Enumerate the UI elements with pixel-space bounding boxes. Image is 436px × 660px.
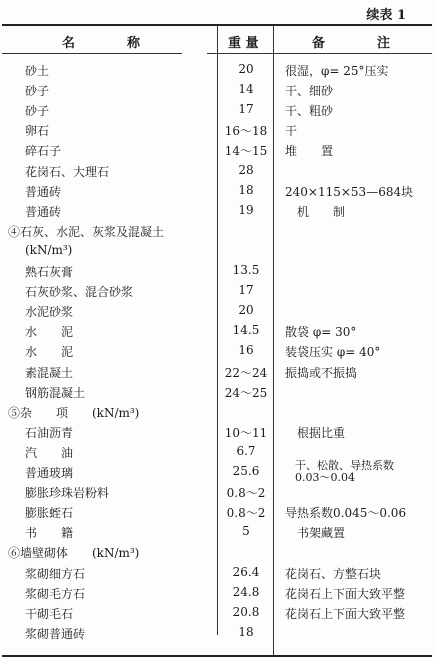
header-name: 名 称: [62, 32, 140, 51]
table-row: 水泥砂浆20: [0, 303, 436, 322]
table-row: 普通砖19 机 制: [0, 203, 436, 222]
row-weight: 22～24: [218, 364, 274, 381]
row-note: 堆 置: [285, 142, 333, 159]
row-name: 石灰砂浆、混合砂浆: [25, 283, 133, 300]
row-note: 装袋压实 φ= 40°: [285, 343, 380, 360]
row-weight: 24～25: [218, 384, 274, 401]
row-note: 240×115×53—684块: [285, 183, 413, 200]
row-note: 干、细砂: [285, 82, 333, 99]
row-weight: 10～11: [218, 424, 274, 441]
row-weight: 5: [218, 524, 274, 538]
row-weight: 17: [218, 283, 274, 297]
table-row: 砂子17干、粗砂: [0, 102, 436, 121]
table-row: 膨胀蛭石0.8～2导热系数0.045～0.06: [0, 504, 436, 523]
row-name: 普通玻璃: [25, 464, 73, 481]
row-note: 干: [285, 122, 297, 139]
row-name: 素混凝土: [25, 364, 73, 381]
row-weight: 0.8～2: [218, 504, 274, 521]
table-row: 干砌毛石20.8花岗石上下面大致平整: [0, 605, 436, 624]
row-name: 水泥砂浆: [25, 303, 73, 320]
row-name: 卵石: [25, 122, 49, 139]
row-weight: 25.6: [218, 464, 274, 478]
row-weight: 13.5: [218, 263, 274, 277]
row-name: 花岗石、大理石: [25, 163, 109, 180]
row-weight: 14～15: [218, 142, 274, 159]
row-weight: 16～18: [218, 122, 274, 139]
row-weight: 20: [218, 303, 274, 317]
row-weight: 14.5: [218, 323, 274, 337]
row-weight: 0.8～2: [218, 484, 274, 501]
row-name: 熟石灰膏: [25, 263, 73, 280]
row-weight: 18: [218, 183, 274, 197]
table-row: 熟石灰膏13.5: [0, 263, 436, 282]
table-row: 钢筋混凝土24～25: [0, 384, 436, 403]
header-weight: 重 量: [228, 32, 259, 51]
row-name: ④石灰、水泥、灰浆及混凝土: [8, 223, 164, 240]
table-row: 碎石子14～15堆 置: [0, 142, 436, 161]
row-name: 膨胀珍珠岩粉料: [25, 484, 109, 501]
row-note: 机 制: [285, 203, 345, 220]
row-name: 钢筋混凝土: [25, 384, 85, 401]
row-name: ⑥墙壁砌体 (kN/m³): [8, 544, 139, 561]
row-note: 很湿，φ= 25°压实: [285, 62, 389, 79]
row-weight: 16: [218, 343, 274, 357]
header-note: 备 注: [312, 32, 390, 51]
row-note: 花岗石上下面大致平整: [285, 585, 405, 602]
row-weight: 20: [218, 62, 274, 76]
row-name: 浆砌普通砖: [25, 625, 85, 642]
table-row: 石油沥青10～11 根据比重: [0, 424, 436, 443]
row-note: 干、粗砂: [285, 102, 333, 119]
table-row: 水 泥14.5散袋 φ= 30°: [0, 323, 436, 342]
section-row: ⑤杂 项 (kN/m³): [0, 404, 436, 423]
pearl-note: 干、松散、导热系数 0.03～0.04: [295, 460, 394, 484]
table-row: 卵石16～18干: [0, 122, 436, 141]
table-row: 石灰砂浆、混合砂浆17: [0, 283, 436, 302]
header-rule-left: [2, 53, 182, 54]
table-row: 水 泥16装袋压实 φ= 40°: [0, 343, 436, 362]
row-name: 浆砌毛方石: [25, 585, 85, 602]
row-name: (kN/m³): [25, 243, 72, 257]
section-row: ⑥墙壁砌体 (kN/m³): [0, 544, 436, 563]
row-note: 书架藏置: [285, 524, 345, 541]
table-row: 书 籍5 书架藏置: [0, 524, 436, 543]
row-note: 振捣或不振捣: [285, 364, 357, 381]
row-name: 浆砌细方石: [25, 565, 85, 582]
table-row: 膨胀珍珠岩粉料0.8～2: [0, 484, 436, 503]
table-caption: 续表 1: [366, 4, 406, 23]
row-name: 石油沥青: [25, 424, 73, 441]
table-row: 浆砌细方石26.4花岗石、方整石块: [0, 565, 436, 584]
row-name: 碎石子: [25, 142, 61, 159]
row-name: 水 泥: [25, 323, 73, 340]
row-weight: 19: [218, 203, 274, 217]
header-rule-right: [207, 53, 432, 54]
table-row: 砂子14干、细砂: [0, 82, 436, 101]
row-note: 导热系数0.045～0.06: [285, 504, 406, 521]
table-row: 浆砌普通砖18: [0, 625, 436, 644]
row-note: 花岗石、方整石块: [285, 565, 381, 582]
row-name: 普通砖: [25, 183, 61, 200]
row-weight: 24.8: [218, 585, 274, 599]
row-name: ⑤杂 项 (kN/m³): [8, 404, 139, 421]
row-name: 砂土: [25, 62, 49, 79]
row-weight: 17: [218, 102, 274, 116]
row-name: 干砌毛石: [25, 605, 73, 622]
row-name: 书 籍: [25, 524, 73, 541]
row-name: 砂子: [25, 102, 49, 119]
table-row: 花岗石、大理石28: [0, 163, 436, 182]
row-note: 花岗石上下面大致平整: [285, 605, 405, 622]
row-weight: 26.4: [218, 565, 274, 579]
row-name: 汽 油: [25, 444, 73, 461]
table-row: 砂土20很湿，φ= 25°压实: [0, 62, 436, 81]
table-row: 浆砌毛方石24.8花岗石上下面大致平整: [0, 585, 436, 604]
row-weight: 20.8: [218, 605, 274, 619]
section-row: ④石灰、水泥、灰浆及混凝土: [0, 223, 436, 242]
row-note: 根据比重: [285, 424, 345, 441]
row-name: 水 泥: [25, 343, 73, 360]
row-weight: 14: [218, 82, 274, 96]
row-name: 普通砖: [25, 203, 61, 220]
row-weight: 6.7: [218, 444, 274, 458]
row-weight: 28: [218, 163, 274, 177]
row-weight: 18: [218, 625, 274, 639]
row-note: 散袋 φ= 30°: [285, 323, 356, 340]
table-row: 素混凝土22～24振捣或不振捣: [0, 364, 436, 383]
bottom-rule: [2, 655, 432, 657]
table-row: (kN/m³): [0, 243, 436, 262]
table-row: 普通砖18240×115×53—684块: [0, 183, 436, 202]
row-name: 膨胀蛭石: [25, 504, 73, 521]
row-name: 砂子: [25, 82, 49, 99]
